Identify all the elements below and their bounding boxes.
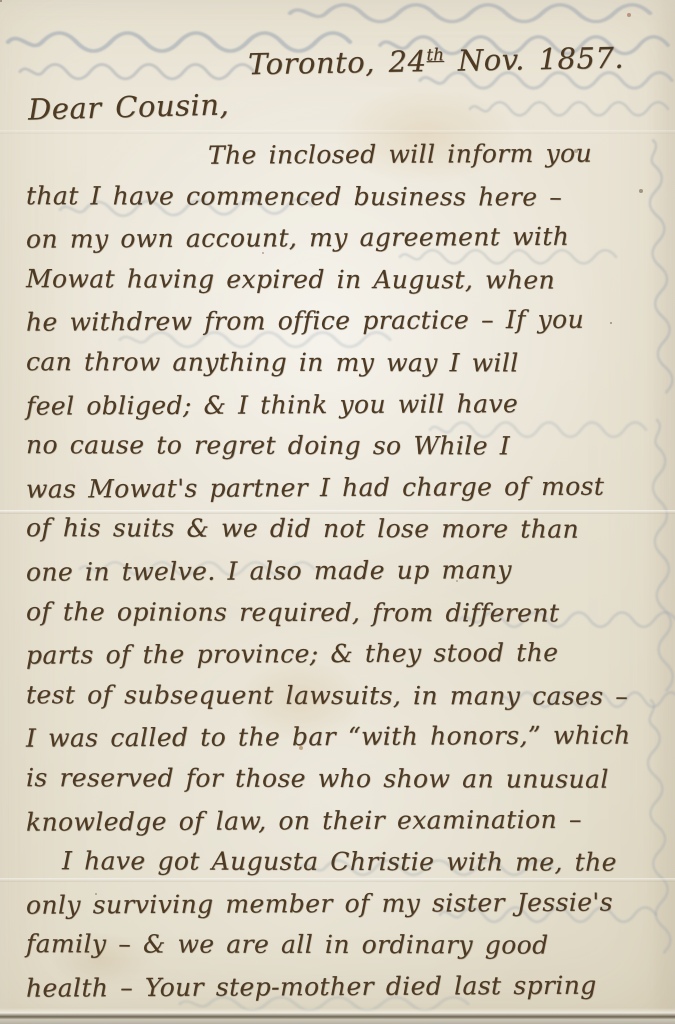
letter-line: knowledge of law, on their examination – [26,798,666,843]
letter-line: parts of the province; & they stood the [26,631,666,676]
letter-line: I have got Augusta Christie with me, the [26,840,666,883]
letter-line: is reserved for those who show an unusua… [26,757,666,800]
letter-line: can throw anything in my way I will [26,341,666,384]
letter-line: only surviving member of my sister Jessi… [26,881,666,926]
letter-body: The inclosed will inform you that I have… [26,134,666,1007]
letter-line: he withdrew from office practice – If yo… [26,299,666,344]
letter-line: feel obliged; & I think you will have [26,382,666,427]
letter-line: of the opinions required, from different [26,591,666,634]
dateline: Toronto, 24th Nov. 1857. [248,41,625,82]
scanned-letter-page: Toronto, 24th Nov. 1857. Dear Cousin, Th… [0,0,675,1024]
letter-line: that I have commenced business here – [26,175,666,218]
letter-line: of his suits & we did not lose more than [26,508,666,551]
dateline-ordinal: th [426,44,444,64]
letter-paper: Toronto, 24th Nov. 1857. Dear Cousin, Th… [0,0,675,1024]
letter-line: I was called to the bar “with honors,” w… [26,715,666,760]
dateline-month-year: Nov. 1857. [444,41,625,78]
salutation: Dear Cousin, [28,87,230,126]
dateline-place-day: Toronto, 24 [248,44,427,81]
letter-line: no cause to regret doing so While I [26,424,666,467]
letter-line: was Mowat's partner I had charge of most [26,465,666,510]
ink-specks [0,0,2,2]
letter-line: test of subsequent lawsuits, in many cas… [26,674,666,717]
letter-line: family – & we are all in ordinary good [26,923,666,966]
paper-bottom-edge [0,1008,675,1024]
letter-line: on my own account, my agreement with [26,216,666,261]
letter-line: Mowat having expired in August, when [26,258,666,301]
letter-line: health – Your step-mother died last spri… [26,964,666,1009]
letter-line: one in twelve. I also made up many [26,548,666,593]
letter-line: The inclosed will inform you [26,132,666,177]
